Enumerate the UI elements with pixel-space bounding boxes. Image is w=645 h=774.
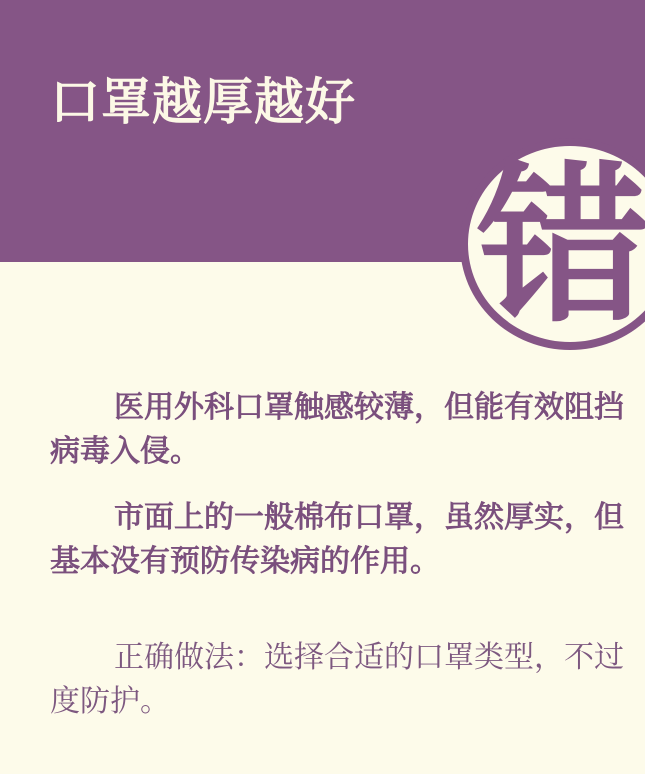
paragraph-2: 市面上的一般棉布口罩，虽然厚实，但基本没有预防传染病的作用。 [50, 496, 630, 584]
page-title: 口罩越厚越好 [50, 72, 356, 132]
paragraph-2-text: 市面上的一般棉布口罩，虽然厚实，但基本没有预防传染病的作用。 [50, 500, 624, 579]
paragraph-1-text: 医用外科口罩触感较薄，但能有效阻挡病毒入侵。 [50, 390, 624, 469]
paragraph-3: 正确做法：选择合适的口罩类型，不过度防护。 [50, 636, 630, 724]
wrong-badge-text: 错 [478, 145, 645, 345]
paragraph-1: 医用外科口罩触感较薄，但能有效阻挡病毒入侵。 [50, 386, 630, 474]
paragraph-3-text: 正确做法：选择合适的口罩类型，不过度防护。 [50, 640, 624, 719]
